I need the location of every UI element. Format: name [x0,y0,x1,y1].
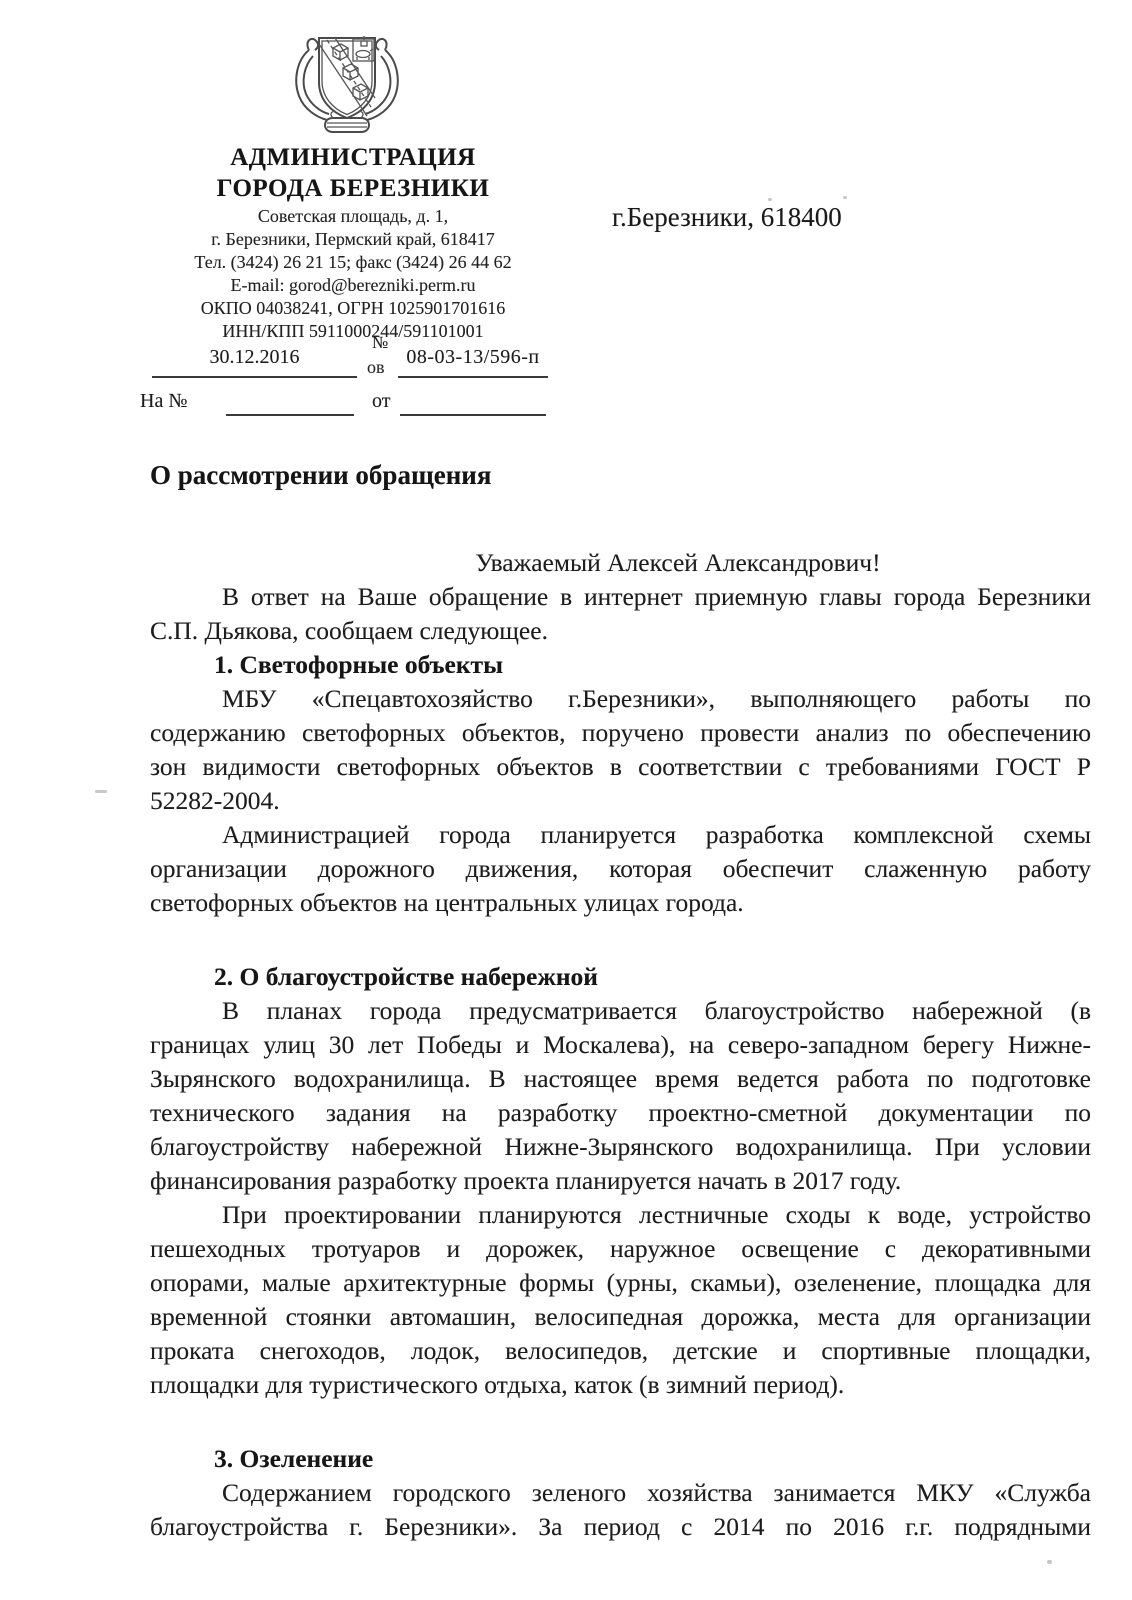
address-line: Тел. (3424) 26 21 15; факс (3424) 26 44 … [143,251,563,274]
text-line: содержанию светофорных объектов, поручен… [150,716,1091,750]
text-line: благоустройства г. Березники». За период… [150,1510,1091,1544]
text-line: опорами, малые архитектурные формы (урны… [150,1266,1091,1300]
paragraph: В ответ на Ваше обращение в интернет при… [150,580,1091,648]
text-line: временной стоянки автомашин, велосипедна… [150,1300,1091,1334]
address-line: ОКПО 04038241, ОГРН 1025901701616 [143,297,563,320]
text-line: При проектировании планируются лестничны… [150,1198,1091,1232]
scan-artifact [843,196,847,199]
text-line: пешеходных тротуаров и дорожек, наружное… [150,1232,1091,1266]
text-line: границах улиц 30 лет Победы и Москалева)… [150,1028,1091,1062]
text-line: благоустройству набережной Нижне-Зырянск… [150,1130,1091,1164]
scan-artifact [768,198,772,201]
org-name-line2: ГОРОДА БЕРЕЗНИКИ [143,173,563,204]
text-line: проката снегоходов, лодок, велосипедов, … [150,1334,1091,1368]
section-heading: 2. О благоустройстве набережной [150,960,1091,994]
reply-to-number-blank [226,390,354,416]
number-sign-label: № [372,333,388,353]
text-line: В планах города предусматривается благоу… [150,994,1091,1028]
paragraph: МБУ «Спецавтохозяйство г.Березники», вып… [150,682,1091,818]
paragraph: В планах города предусматривается благоу… [150,994,1091,1198]
address-line: г. Березники, Пермский край, 618417 [143,228,563,251]
section-heading: 1. Светофорные объекты [150,648,1091,682]
letter-body: Уважаемый Алексей Александрович! В ответ… [150,546,1091,1544]
text-line: 52282-2004. [150,784,1091,818]
reply-to-label: На № [140,390,187,413]
text-line: В ответ на Ваше обращение в интернет при… [150,580,1091,614]
scan-artifact [1047,1560,1052,1564]
text-line: С.П. Дьякова, сообщаем следующее. [150,614,1091,648]
body-blocks: В ответ на Ваше обращение в интернет при… [150,580,1091,1544]
text-line: зон видимости светофорных объектов в соо… [150,750,1091,784]
letter-subject: О рассмотрении обращения [150,460,491,491]
text-line: Содержанием городского зеленого хозяйств… [150,1476,1091,1510]
number-prefix: ов [367,357,385,378]
address-line: ИНН/КПП 5911000244/591101001 [143,320,563,343]
outgoing-date: 30.12.2016 [152,346,357,378]
org-name-line1: АДМИНИСТРАЦИЯ [143,142,563,173]
text-line: Администрацией города планируется разраб… [150,818,1091,852]
paragraph: Администрацией города планируется разраб… [150,818,1091,920]
text-line: светофорных объектов на центральных улиц… [150,886,1091,920]
outgoing-number: 08-03-13/596-п [398,346,548,378]
org-name: АДМИНИСТРАЦИЯ ГОРОДА БЕРЕЗНИКИ [143,142,563,204]
reply-to-date-blank [400,390,546,416]
section-heading: 3. Озеленение [150,1442,1091,1476]
salutation: Уважаемый Алексей Александрович! [150,546,1091,580]
scan-artifact [95,790,107,793]
text-line: Зырянского водохранилища. В настоящее вр… [150,1062,1091,1096]
paragraph: При проектировании планируются лестничны… [150,1198,1091,1402]
scanned-letter-page: АДМИНИСТРАЦИЯ ГОРОДА БЕРЕЗНИКИ Советская… [0,0,1132,1600]
address-line: E-mail: gorod@berezniki.perm.ru [143,274,563,297]
org-address-block: Советская площадь, д. 1, г. Березники, П… [143,205,563,343]
text-line: финансирования разработку проекта планир… [150,1164,1091,1198]
berezniki-coat-of-arms-icon [283,24,411,142]
text-line: технического задания на разработку проек… [150,1096,1091,1130]
text-line: организации дорожного движения, которая … [150,852,1091,886]
from-label: от [372,390,390,413]
text-line: площадки для туристического отдыха, като… [150,1368,1091,1402]
addressee-city-line: г.Березники, 618400 [612,202,842,233]
paragraph: Содержанием городского зеленого хозяйств… [150,1476,1091,1544]
address-line: Советская площадь, д. 1, [143,205,563,228]
text-line: МБУ «Спецавтохозяйство г.Березники», вып… [150,682,1091,716]
